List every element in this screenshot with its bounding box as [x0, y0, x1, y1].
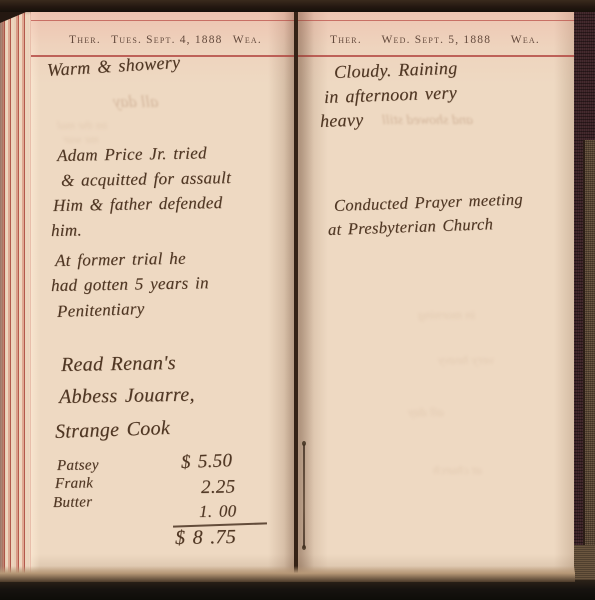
bleedthrough-smudge: im the mul	[57, 118, 108, 133]
handwritten-line: Him & father defended	[53, 193, 223, 216]
diary-scan: Ther. Tues. Sept. 4, 1888 Wea. Warm & sh…	[0, 0, 595, 600]
left-page-header: Ther. Tues. Sept. 4, 1888 Wea.	[31, 34, 294, 46]
handwritten-line: Adam Price Jr. tried	[57, 143, 207, 166]
handwritten-line: & acquitted for assault	[61, 168, 231, 191]
book-cover-top	[0, 0, 595, 12]
expense-amount: 1. 00	[199, 501, 237, 522]
binding-thread-knot	[302, 441, 306, 446]
handwritten-line: Strange Cook	[55, 417, 171, 444]
ther-label: Ther.	[69, 34, 101, 46]
binding-thread	[303, 444, 305, 548]
expense-name: Frank	[55, 475, 93, 493]
bleedthrough-smudge: very heavy	[438, 352, 494, 368]
expense-amount: $ 5.50	[181, 450, 233, 474]
right-page-header: Ther. Wed. Sept. 5, 1888 Wea.	[298, 34, 574, 46]
book-strap-foot	[574, 545, 595, 582]
page-bottom-edge	[0, 566, 575, 582]
handwritten-line: at Presbyterian Church	[328, 214, 494, 240]
ruled-line	[298, 20, 574, 21]
handwritten-line: Abbess Jouarre,	[59, 384, 195, 409]
handwritten-line: Read Renan's	[61, 352, 176, 377]
wea-label: Wea.	[233, 34, 262, 46]
handwritten-line: him.	[51, 220, 82, 241]
right-page: Ther. Wed. Sept. 5, 1888 Wea. Cloudy. Ra…	[298, 12, 574, 578]
bleedthrough-smudge: at church	[433, 462, 482, 478]
handwritten-line: had gotten 5 years in	[51, 273, 209, 296]
book-strap	[583, 140, 595, 582]
expense-amount: 2.25	[201, 476, 236, 499]
gutter-shadow	[284, 12, 314, 578]
handwritten-line: Cloudy. Raining	[334, 58, 458, 83]
handwritten-line: At former trial he	[55, 249, 186, 271]
handwritten-line: Conducted Prayer meeting	[334, 189, 524, 216]
ruled-line	[31, 20, 294, 21]
date-label: Wed. Sept. 5, 1888	[381, 34, 491, 46]
handwritten-line: heavy	[320, 109, 364, 132]
binding-thread-knot	[302, 545, 306, 550]
bleedthrough-smudge: all day	[113, 92, 158, 112]
bleedthrough-smudge: all day	[408, 404, 444, 420]
expense-name: Patsey	[57, 457, 99, 475]
book-cover-bottom	[0, 580, 595, 600]
handwritten-line: Penitentiary	[57, 299, 145, 322]
book-cover-corner	[0, 12, 26, 23]
expense-name: Butter	[53, 494, 93, 512]
date-label: Tues. Sept. 4, 1888	[111, 34, 223, 46]
handwritten-line: in afternoon very	[324, 82, 458, 108]
left-page: Ther. Tues. Sept. 4, 1888 Wea. Warm & sh…	[31, 12, 294, 578]
bleedthrough-smudge: in morning	[418, 307, 475, 323]
ther-label: Ther.	[330, 34, 362, 46]
expense-total: $ 8 .75	[175, 526, 237, 550]
page-edge-stack	[0, 12, 31, 580]
ruled-line	[298, 55, 574, 57]
wea-label: Wea.	[511, 34, 540, 46]
bleedthrough-smudge: and showed still	[382, 113, 473, 129]
